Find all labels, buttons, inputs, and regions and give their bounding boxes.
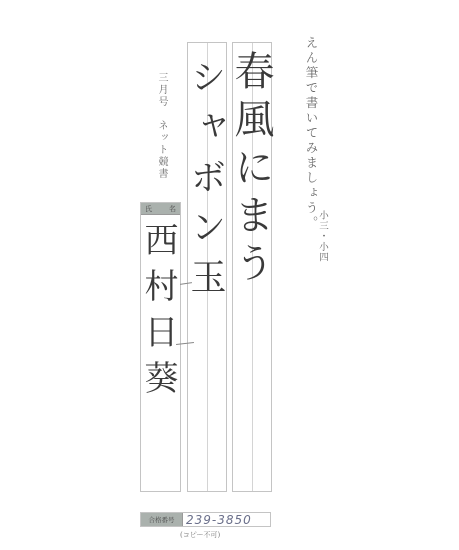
- pass-number-row: 合格番号 239-3850: [140, 512, 271, 527]
- instruction-text: えん筆で書いてみましょう。: [302, 36, 320, 231]
- copy-prohibited-note: (コピー不可): [180, 530, 220, 540]
- handwritten-text-left: シャボン玉: [187, 58, 223, 308]
- name-label-2: 名: [169, 204, 176, 214]
- handwritten-name: 西村日葵: [141, 222, 175, 406]
- name-header: 氏 名: [141, 203, 180, 215]
- name-label-1: 氏: [145, 204, 152, 214]
- pass-number-label: 合格番号: [141, 513, 183, 526]
- handwritten-text-right: 春風にまう: [231, 50, 271, 290]
- issue-title: 三月号 ネット競書: [154, 72, 169, 180]
- grade-level: 小三・小四: [315, 210, 329, 263]
- pass-number-value: 239-3850: [183, 513, 270, 526]
